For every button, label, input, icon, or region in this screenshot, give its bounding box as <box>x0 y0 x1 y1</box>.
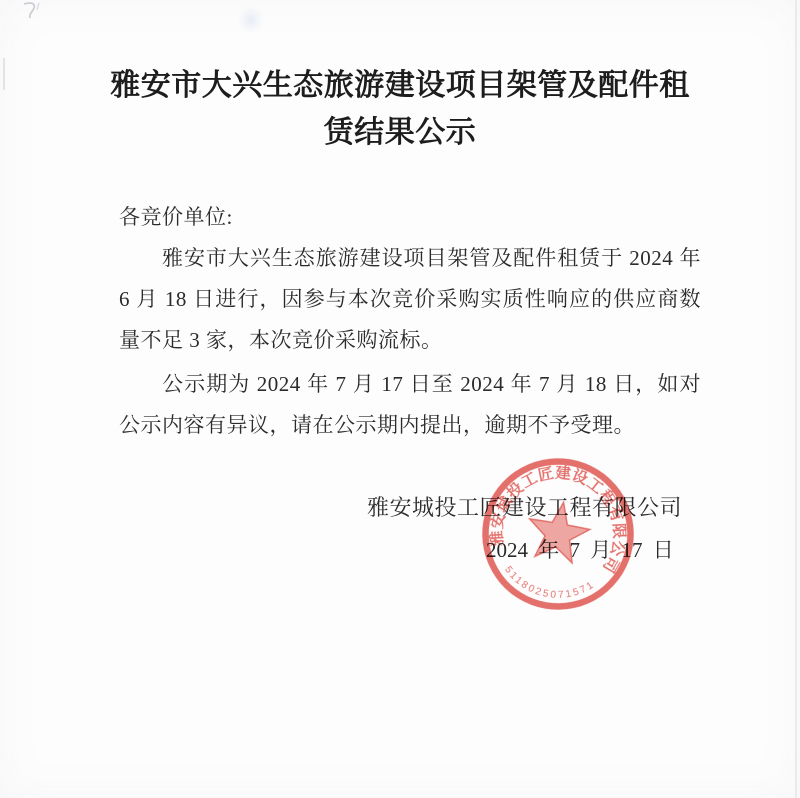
paragraph-line: 公示内容有异议，请在公示期内提出，逾期不予受理。 <box>119 405 701 446</box>
paragraph-result: 雅安市大兴生态旅游建设项目架管及配件租赁于 2024 年 6 月 18 日进行，… <box>119 238 701 361</box>
stamp-star-icon <box>524 497 594 565</box>
paragraph-line: 6 月 18 日进行，因参与本次竞价采购实质性响应的供应商数 <box>119 279 701 320</box>
paragraph-line: 雅安市大兴生态旅游建设项目架管及配件租赁于 2024 年 <box>119 238 701 279</box>
notice-document-page: 雅安市大兴生态旅游建设项目架管及配件租 赁结果公示 各竞价单位: 雅安市大兴生态… <box>0 0 800 798</box>
company-seal-stamp: 雅安城投工匠建设工程有限公司 5118025071571 <box>442 418 674 650</box>
paragraph-publicity-period: 公示期为 2024 年 7 月 17 日至 2024 年 7 月 18 日，如对… <box>119 364 701 446</box>
document-title-line-2: 赁结果公示 <box>0 109 800 156</box>
scan-artifact-blue-smudge <box>238 6 264 34</box>
salutation: 各竞价单位: <box>119 201 233 231</box>
paragraph-line: 量不足 3 家，本次竞价采购流标。 <box>119 320 701 361</box>
scan-artifact-squiggle <box>20 1 52 25</box>
document-title-line-1: 雅安市大兴生态旅游建设项目架管及配件租 <box>0 62 800 109</box>
document-title: 雅安市大兴生态旅游建设项目架管及配件租 赁结果公示 <box>0 62 800 156</box>
paragraph-line: 公示期为 2024 年 7 月 17 日至 2024 年 7 月 18 日，如对 <box>119 364 701 405</box>
